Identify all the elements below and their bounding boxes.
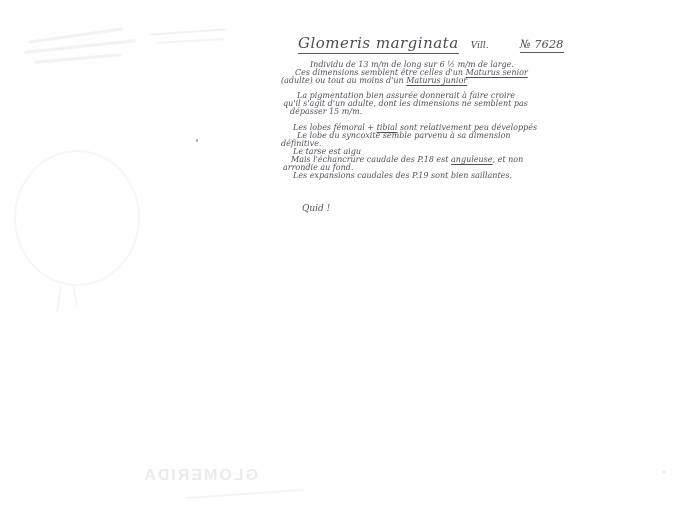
showthrough-stroke — [185, 489, 305, 499]
closing-remark: Quid ! — [302, 204, 330, 214]
note-text-underlined: Maturus junior — [406, 76, 467, 85]
species-name: Glomeris marginata — [298, 34, 459, 54]
mirrored-stamp-text: GLOMERIDA — [128, 467, 258, 485]
showthrough-sketch — [14, 150, 140, 286]
ink-speck — [663, 471, 665, 473]
note-text: Le lobe du syncoxite semble parvenu à sa… — [297, 131, 511, 140]
note-text: (adulte) ou tout au moins d'un — [281, 76, 406, 85]
scanned-page: GLOMERIDA Glomeris marginata Vill. № 762… — [0, 0, 700, 508]
note-line: Le lobe du syncoxite semble parvenu à sa… — [297, 132, 553, 140]
showthrough-stroke — [155, 38, 225, 44]
showthrough-sketch-line — [56, 286, 62, 312]
author-abbreviation: Vill. — [471, 41, 489, 51]
note-line: (adulte) ou tout au moins d'un Maturus j… — [281, 77, 553, 85]
note-line: dépasser 15 m/m. — [290, 108, 553, 116]
note-line: Les expansions caudales des P.19 sont bi… — [293, 172, 553, 180]
note-text-underlined: anguleuse — [451, 155, 492, 164]
note-body: Individu de 13 m/m de long sur 6 ½ m/m d… — [281, 61, 553, 180]
showthrough-stroke — [34, 53, 122, 64]
showthrough-sketch-line — [72, 284, 78, 306]
note-text: dépasser 15 m/m. — [290, 107, 362, 116]
note-header: Glomeris marginata Vill. № 7628 — [298, 33, 564, 52]
ink-speck — [196, 139, 198, 142]
showthrough-stroke — [150, 28, 226, 35]
note-text: , et non — [493, 155, 524, 164]
specimen-number: № 7628 — [520, 37, 564, 53]
note-text: Les expansions caudales des P.19 sont bi… — [293, 171, 512, 180]
note-text-underlined: Maturus senior — [466, 68, 528, 77]
